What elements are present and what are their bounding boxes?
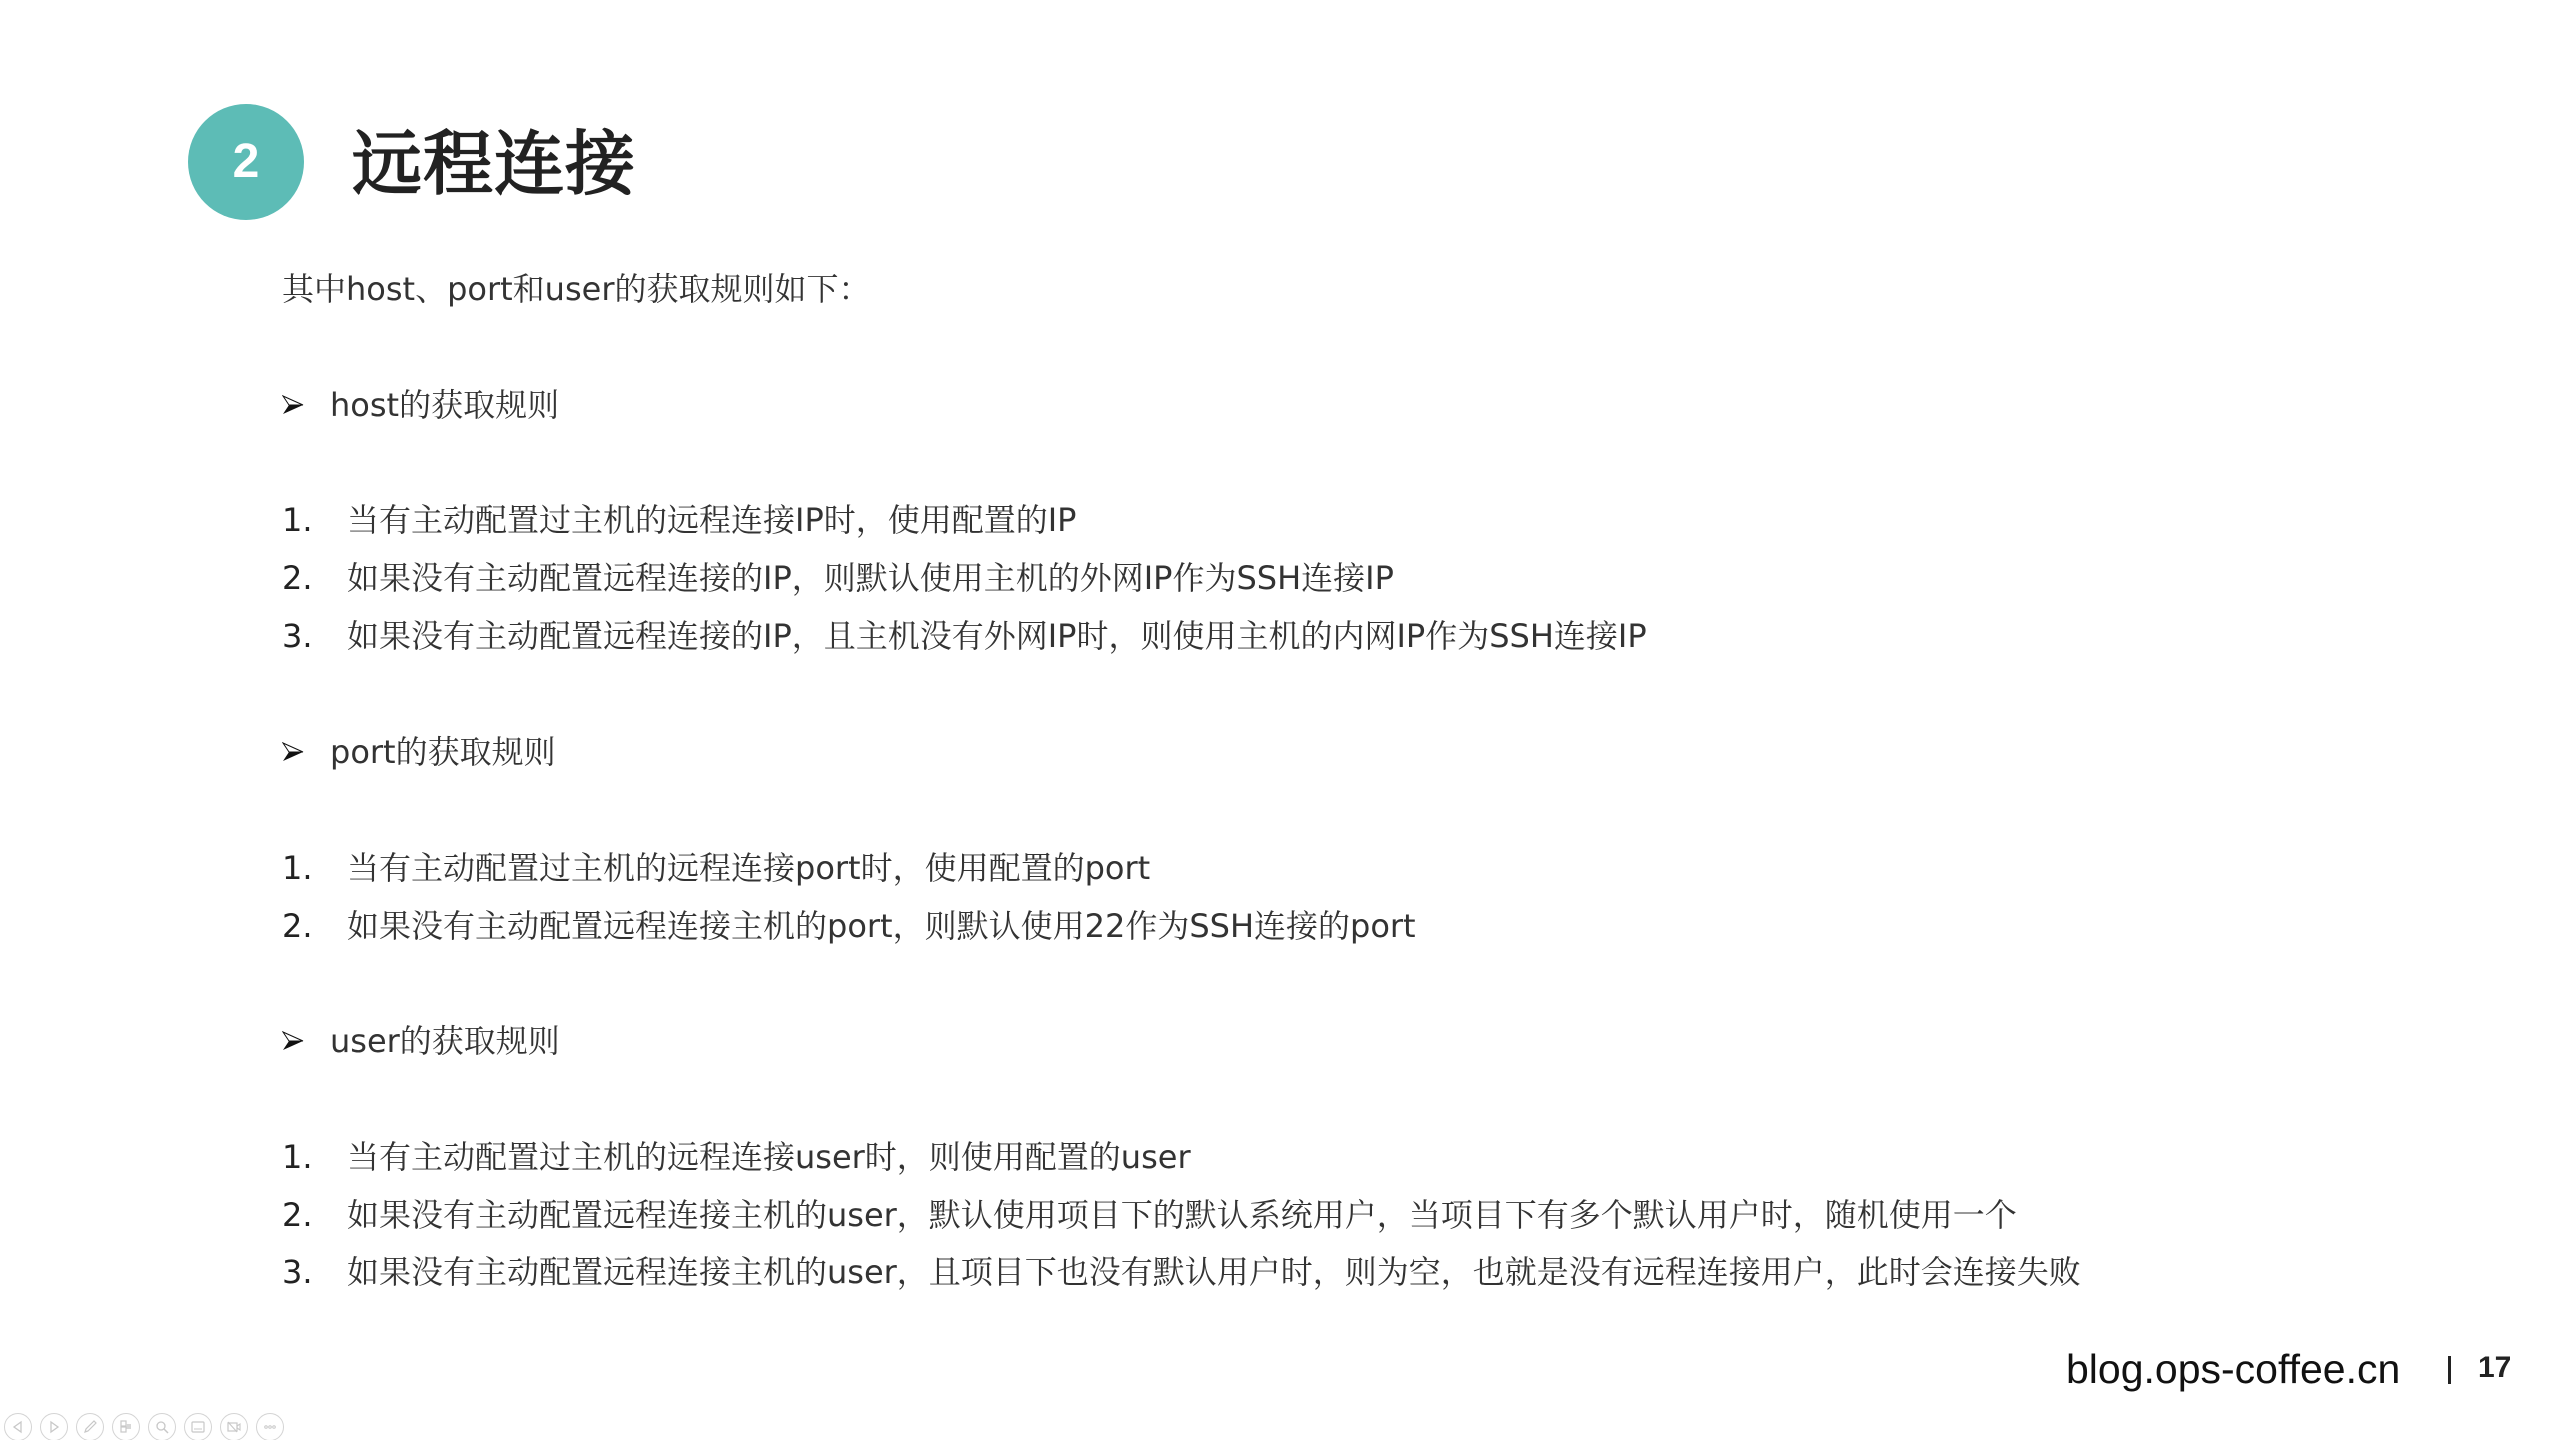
zoom-button[interactable] xyxy=(148,1413,176,1440)
section-heading-label: host的获取规则 xyxy=(330,385,559,425)
arrow-bullet-icon xyxy=(282,394,304,416)
section-heading-host: host的获取规则 xyxy=(282,385,559,425)
list-text: 如果没有主动配置远程连接主机的user，默认使用项目下的默认系统用户，当项目下有… xyxy=(347,1195,2017,1235)
page-number: 17 xyxy=(2478,1348,2511,1388)
pen-tool-button[interactable] xyxy=(76,1413,104,1440)
slide-title: 远程连接 xyxy=(352,120,636,208)
list-item: 2. 如果没有主动配置远程连接主机的user，默认使用项目下的默认系统用户，当项… xyxy=(282,1195,2017,1235)
list-index: 3. xyxy=(282,616,347,656)
magnifier-icon xyxy=(154,1419,170,1435)
list-text: 如果没有主动配置远程连接的IP，且主机没有外网IP时，则使用主机的内网IP作为S… xyxy=(347,616,1647,656)
list-index: 1. xyxy=(282,500,347,540)
footer-divider xyxy=(2448,1356,2451,1384)
list-item: 3. 如果没有主动配置远程连接的IP，且主机没有外网IP时，则使用主机的内网IP… xyxy=(282,616,1647,656)
list-text: 当有主动配置过主机的远程连接IP时，使用配置的IP xyxy=(347,500,1076,540)
slide-sorter-button[interactable] xyxy=(112,1413,140,1440)
list-item: 1. 当有主动配置过主机的远程连接user时，则使用配置的user xyxy=(282,1137,1191,1177)
intro-text: 其中host、port和user的获取规则如下： xyxy=(282,269,870,309)
list-index: 2. xyxy=(282,1195,347,1235)
list-item: 2. 如果没有主动配置远程连接主机的port，则默认使用22作为SSH连接的po… xyxy=(282,906,1416,946)
camera-toggle-button[interactable] xyxy=(220,1413,248,1440)
list-index: 2. xyxy=(282,558,347,598)
list-index: 1. xyxy=(282,1137,347,1177)
list-text: 当有主动配置过主机的远程连接user时，则使用配置的user xyxy=(347,1137,1191,1177)
previous-slide-button[interactable] xyxy=(4,1413,32,1440)
presentation-toolbar xyxy=(4,1413,284,1440)
section-heading-label: user的获取规则 xyxy=(330,1021,560,1061)
footer-site-url: blog.ops-coffee.cn xyxy=(2066,1344,2400,1394)
list-text: 如果没有主动配置远程连接主机的port，则默认使用22作为SSH连接的port xyxy=(347,906,1416,946)
presentation-slide: 2 远程连接 其中host、port和user的获取规则如下： host的获取规… xyxy=(0,0,2560,1440)
subtitles-icon xyxy=(190,1419,206,1435)
camera-off-icon xyxy=(226,1419,242,1435)
pen-icon xyxy=(82,1419,98,1435)
triangle-right-icon xyxy=(46,1419,62,1435)
slides-grid-icon xyxy=(118,1419,134,1435)
next-slide-button[interactable] xyxy=(40,1413,68,1440)
list-item: 1. 当有主动配置过主机的远程连接port时，使用配置的port xyxy=(282,848,1150,888)
more-options-button[interactable] xyxy=(256,1413,284,1440)
list-index: 2. xyxy=(282,906,347,946)
arrow-bullet-icon xyxy=(282,1030,304,1052)
list-text: 当有主动配置过主机的远程连接port时，使用配置的port xyxy=(347,848,1150,888)
section-heading-user: user的获取规则 xyxy=(282,1021,560,1061)
list-item: 2. 如果没有主动配置远程连接的IP，则默认使用主机的外网IP作为SSH连接IP xyxy=(282,558,1394,598)
section-number-badge: 2 xyxy=(188,104,304,220)
section-heading-label: port的获取规则 xyxy=(330,732,556,772)
list-text: 如果没有主动配置远程连接的IP，则默认使用主机的外网IP作为SSH连接IP xyxy=(347,558,1394,598)
list-index: 3. xyxy=(282,1252,347,1292)
list-index: 1. xyxy=(282,848,347,888)
triangle-left-icon xyxy=(10,1419,26,1435)
list-text: 如果没有主动配置远程连接主机的user，且项目下也没有默认用户时，则为空，也就是… xyxy=(347,1252,2081,1292)
list-item: 1. 当有主动配置过主机的远程连接IP时，使用配置的IP xyxy=(282,500,1076,540)
section-number: 2 xyxy=(233,138,260,186)
section-heading-port: port的获取规则 xyxy=(282,732,556,772)
arrow-bullet-icon xyxy=(282,741,304,763)
subtitles-button[interactable] xyxy=(184,1413,212,1440)
list-item: 3. 如果没有主动配置远程连接主机的user，且项目下也没有默认用户时，则为空，… xyxy=(282,1252,2081,1292)
ellipsis-icon xyxy=(262,1419,278,1435)
